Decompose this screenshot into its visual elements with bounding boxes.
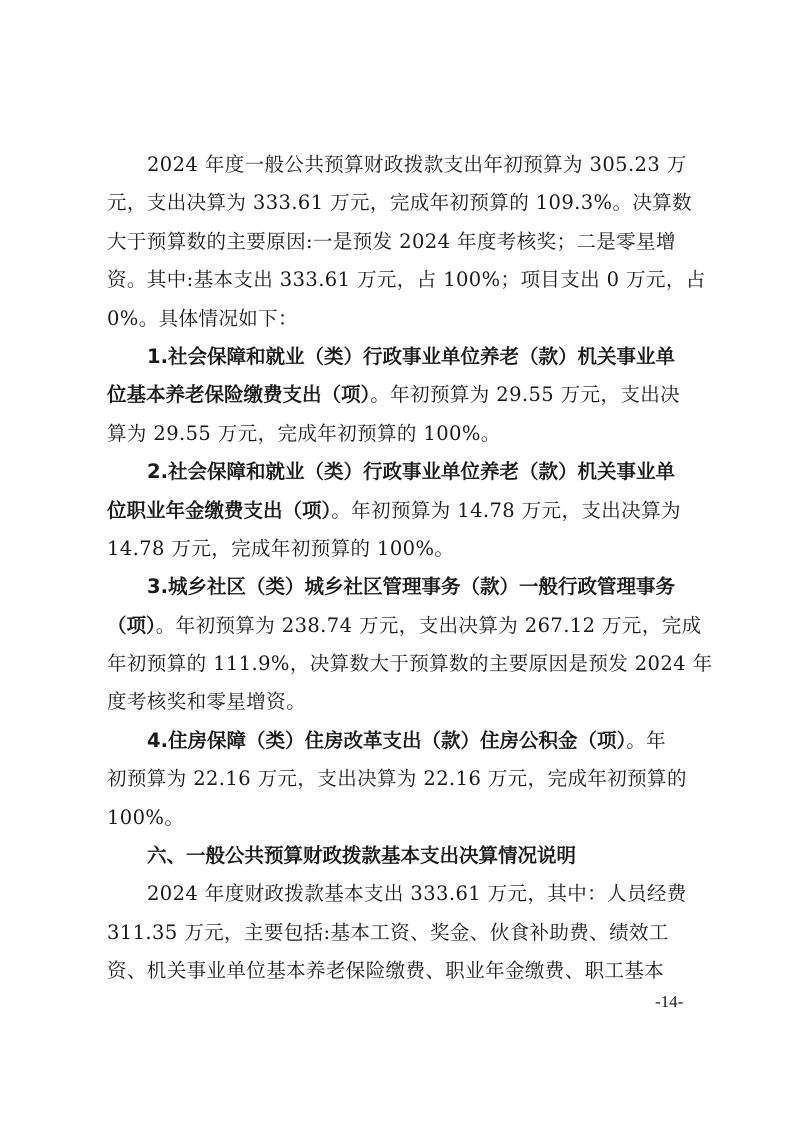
text-line: 位职业年金缴费支出（项）。年初预算为 14.78 万元，支出决算为 xyxy=(107,492,687,530)
item-3-paragraph: 3.城乡社区（类）城乡社区管理事务（款）一般行政管理事务 （项）。年初预算为 2… xyxy=(107,568,687,722)
item-title: （项） xyxy=(107,614,156,637)
text-line: 资、机关事业单位基本养老保险缴费、职业年金缴费、职工基本 xyxy=(107,952,687,990)
text-line: 大于预算数的主要原因:一是预发 2024 年度考核奖；二是零星增 xyxy=(107,223,687,261)
text-line: 14.78 万元，完成年初预算的 100%。 xyxy=(107,530,687,568)
item-title: 3.城乡社区（类）城乡社区管理事务（款）一般行政管理事务 xyxy=(107,568,687,606)
section-heading: 六、一般公共预算财政拨款基本支出决算情况说明 xyxy=(107,837,687,875)
item-text: 。年初预算为 29.55 万元，支出决 xyxy=(370,383,680,406)
item-text: 。年初预算为 14.78 万元，支出决算为 xyxy=(331,499,681,522)
item-2-paragraph: 2.社会保障和就业（类）行政事业单位养老（款）机关事业单 位职业年金缴费支出（项… xyxy=(107,453,687,568)
text-line: 2024 年度财政拨款基本支出 333.61 万元，其中：人员经费 xyxy=(107,875,687,913)
text-line: 算为 29.55 万元，完成年初预算的 100%。 xyxy=(107,415,687,453)
item-title: 位基本养老保险缴费支出（项） xyxy=(107,383,370,406)
section-body-paragraph: 2024 年度财政拨款基本支出 333.61 万元，其中：人员经费 311.35… xyxy=(107,875,687,990)
text-line: 资。其中:基本支出 333.61 万元，占 100%；项目支出 0 万元，占 xyxy=(107,261,687,299)
text-line: 位基本养老保险缴费支出（项）。年初预算为 29.55 万元，支出决 xyxy=(107,376,687,414)
intro-paragraph: 2024 年度一般公共预算财政拨款支出年初预算为 305.23 万 元，支出决算… xyxy=(107,146,687,338)
item-text: 。年初预算为 238.74 万元，支出决算为 267.12 万元，完成 xyxy=(156,614,702,637)
text-line: 311.35 万元，主要包括:基本工资、奖金、伙食补助费、绩效工 xyxy=(107,914,687,952)
item-title: 2.社会保障和就业（类）行政事业单位养老（款）机关事业单 xyxy=(107,453,687,491)
item-1-paragraph: 1.社会保障和就业（类）行政事业单位养老（款）机关事业单 位基本养老保险缴费支出… xyxy=(107,338,687,453)
text-line: 4.住房保障（类）住房改革支出（款）住房公积金（项）。年 xyxy=(107,722,687,760)
page-number: -14- xyxy=(655,992,683,1012)
text-line: 0%。具体情况如下： xyxy=(107,300,687,338)
item-title: 位职业年金缴费支出（项） xyxy=(107,499,331,522)
item-title: 4.住房保障（类）住房改革支出（款）住房公积金（项） xyxy=(147,729,626,752)
document-page: 2024 年度一般公共预算财政拨款支出年初预算为 305.23 万 元，支出决算… xyxy=(107,146,687,991)
text-line: 元，支出决算为 333.61 万元，完成年初预算的 109.3%。决算数 xyxy=(107,184,687,222)
item-title: 1.社会保障和就业（类）行政事业单位养老（款）机关事业单 xyxy=(107,338,687,376)
text-line: （项）。年初预算为 238.74 万元，支出决算为 267.12 万元，完成 xyxy=(107,607,687,645)
text-line: 2024 年度一般公共预算财政拨款支出年初预算为 305.23 万 xyxy=(107,146,687,184)
item-text: 。年 xyxy=(626,729,666,752)
text-line: 100%。 xyxy=(107,799,687,837)
text-line: 度考核奖和零星增资。 xyxy=(107,683,687,721)
item-4-paragraph: 4.住房保障（类）住房改革支出（款）住房公积金（项）。年 初预算为 22.16 … xyxy=(107,722,687,837)
text-line: 初预算为 22.16 万元，支出决算为 22.16 万元，完成年初预算的 xyxy=(107,760,687,798)
text-line: 年初预算的 111.9%，决算数大于预算数的主要原因是预发 2024 年 xyxy=(107,645,687,683)
